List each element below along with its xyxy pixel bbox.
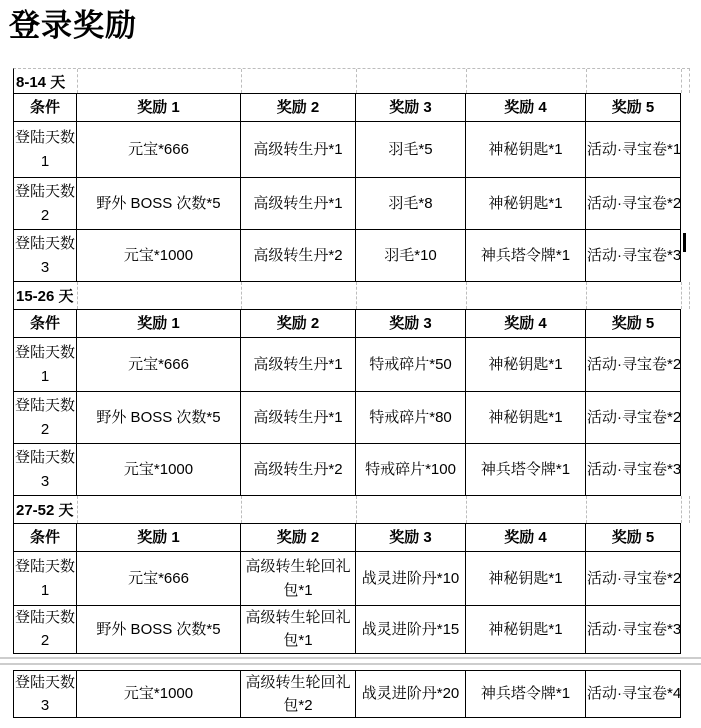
rewards-table: 条件 奖励 1 奖励 2 奖励 3 奖励 4 奖励 5 登陆天数 1 元宝*66… bbox=[13, 523, 681, 654]
column-header: 奖励 2 bbox=[241, 310, 356, 338]
scrollbar-thumb[interactable] bbox=[683, 233, 686, 252]
column-header: 奖励 3 bbox=[356, 310, 466, 338]
column-header: 奖励 4 bbox=[466, 94, 586, 122]
reward-cell: 神秘钥匙*1 bbox=[466, 338, 586, 392]
reward-cell: 高级转生轮回礼包*1 bbox=[241, 552, 356, 606]
rewards-table: 登陆天数 3 元宝*1000 高级转生轮回礼包*2 战灵进阶丹*20 神兵塔令牌… bbox=[13, 670, 681, 719]
gridline-vertical bbox=[466, 496, 467, 523]
condition-cell: 登陆天数 1 bbox=[14, 552, 77, 606]
gridline-vertical bbox=[466, 69, 467, 93]
page-break-line bbox=[0, 657, 701, 659]
condition-cell: 登陆天数 2 bbox=[14, 178, 77, 230]
reward-cell: 高级转生轮回礼包*2 bbox=[241, 670, 356, 718]
reward-cell: 活动·寻宝卷*4 bbox=[586, 670, 681, 718]
column-header: 条件 bbox=[14, 94, 77, 122]
document-body: 8-14 天 条件 奖励 1 奖励 2 奖励 3 奖励 4 奖励 5 登陆天数 … bbox=[13, 68, 690, 718]
gridline-vertical bbox=[241, 282, 242, 309]
gridline-vertical bbox=[586, 69, 587, 93]
gridline-vertical bbox=[466, 282, 467, 309]
gridline-vertical bbox=[586, 282, 587, 309]
reward-cell: 野外 BOSS 次数*5 bbox=[77, 178, 241, 230]
reward-cell: 高级转生丹*1 bbox=[241, 338, 356, 392]
column-header: 奖励 3 bbox=[356, 94, 466, 122]
page-break-separator bbox=[0, 657, 701, 670]
table-row: 登陆天数 1 元宝*666 高级转生丹*1 羽毛*5 神秘钥匙*1 活动·寻宝卷… bbox=[14, 122, 681, 178]
table-row: 登陆天数 2 野外 BOSS 次数*5 高级转生丹*1 羽毛*8 神秘钥匙*1 … bbox=[14, 178, 681, 230]
gridline-vertical bbox=[241, 496, 242, 523]
table-row: 登陆天数 2 野外 BOSS 次数*5 高级转生丹*1 特戒碎片*80 神秘钥匙… bbox=[14, 392, 681, 444]
reward-cell: 战灵进阶丹*20 bbox=[356, 670, 466, 718]
section-band: 27-52 天 bbox=[13, 496, 690, 523]
gridline-vertical bbox=[77, 496, 78, 523]
column-header: 奖励 5 bbox=[586, 310, 681, 338]
reward-cell: 神秘钥匙*1 bbox=[466, 392, 586, 444]
condition-cell: 登陆天数 3 bbox=[14, 444, 77, 496]
condition-cell: 登陆天数 1 bbox=[14, 122, 77, 178]
table-header-row: 条件 奖励 1 奖励 2 奖励 3 奖励 4 奖励 5 bbox=[14, 94, 681, 122]
column-header: 奖励 2 bbox=[241, 524, 356, 552]
gridline-vertical bbox=[356, 496, 357, 523]
column-header: 奖励 1 bbox=[77, 310, 241, 338]
reward-cell: 羽毛*5 bbox=[356, 122, 466, 178]
reward-cell: 羽毛*8 bbox=[356, 178, 466, 230]
reward-cell: 神秘钥匙*1 bbox=[466, 606, 586, 654]
column-header: 奖励 5 bbox=[586, 524, 681, 552]
condition-cell: 登陆天数 3 bbox=[14, 670, 77, 718]
reward-cell: 神秘钥匙*1 bbox=[466, 122, 586, 178]
reward-cell: 活动·寻宝卷*2 bbox=[586, 552, 681, 606]
reward-cell: 元宝*666 bbox=[77, 338, 241, 392]
gridline-vertical bbox=[241, 69, 242, 93]
page-title: 登录奖励 bbox=[9, 0, 137, 45]
gridline-vertical bbox=[77, 282, 78, 309]
reward-cell: 元宝*666 bbox=[77, 552, 241, 606]
reward-cell: 活动·寻宝卷*2 bbox=[586, 178, 681, 230]
condition-cell: 登陆天数 3 bbox=[14, 230, 77, 282]
table-row: 登陆天数 1 元宝*666 高级转生轮回礼包*1 战灵进阶丹*10 神秘钥匙*1… bbox=[14, 552, 681, 606]
reward-cell: 元宝*1000 bbox=[77, 670, 241, 718]
reward-cell: 活动·寻宝卷*1 bbox=[586, 122, 681, 178]
page-break-line bbox=[0, 663, 701, 665]
reward-cell: 活动·寻宝卷*3 bbox=[586, 230, 681, 282]
gridline-vertical bbox=[681, 69, 682, 93]
table-row: 登陆天数 3 元宝*1000 高级转生丹*2 特戒碎片*100 神兵塔令牌*1 … bbox=[14, 444, 681, 496]
table-row: 登陆天数 2 野外 BOSS 次数*5 高级转生轮回礼包*1 战灵进阶丹*15 … bbox=[14, 606, 681, 654]
column-header: 条件 bbox=[14, 524, 77, 552]
reward-cell: 活动·寻宝卷*2 bbox=[586, 392, 681, 444]
column-header: 奖励 3 bbox=[356, 524, 466, 552]
reward-cell: 特戒碎片*100 bbox=[356, 444, 466, 496]
reward-cell: 神兵塔令牌*1 bbox=[466, 444, 586, 496]
condition-cell: 登陆天数 2 bbox=[14, 606, 77, 654]
gridline-vertical bbox=[77, 69, 78, 93]
gridline-vertical bbox=[356, 69, 357, 93]
column-header: 奖励 4 bbox=[466, 524, 586, 552]
reward-cell: 神秘钥匙*1 bbox=[466, 552, 586, 606]
reward-cell: 高级转生丹*1 bbox=[241, 178, 356, 230]
reward-cell: 活动·寻宝卷*3 bbox=[586, 444, 681, 496]
table-header-row: 条件 奖励 1 奖励 2 奖励 3 奖励 4 奖励 5 bbox=[14, 310, 681, 338]
reward-cell: 高级转生丹*1 bbox=[241, 392, 356, 444]
reward-cell: 元宝*1000 bbox=[77, 230, 241, 282]
condition-cell: 登陆天数 1 bbox=[14, 338, 77, 392]
table-row: 登陆天数 1 元宝*666 高级转生丹*1 特戒碎片*50 神秘钥匙*1 活动·… bbox=[14, 338, 681, 392]
reward-cell: 活动·寻宝卷*3 bbox=[586, 606, 681, 654]
reward-cell: 特戒碎片*80 bbox=[356, 392, 466, 444]
reward-cell: 战灵进阶丹*15 bbox=[356, 606, 466, 654]
column-header: 条件 bbox=[14, 310, 77, 338]
gridline-vertical bbox=[681, 496, 682, 523]
reward-cell: 野外 BOSS 次数*5 bbox=[77, 392, 241, 444]
reward-cell: 活动·寻宝卷*2 bbox=[586, 338, 681, 392]
reward-cell: 高级转生轮回礼包*1 bbox=[241, 606, 356, 654]
column-header: 奖励 4 bbox=[466, 310, 586, 338]
column-header: 奖励 1 bbox=[77, 94, 241, 122]
reward-cell: 高级转生丹*2 bbox=[241, 444, 356, 496]
reward-cell: 特戒碎片*50 bbox=[356, 338, 466, 392]
table-row: 登陆天数 3 元宝*1000 高级转生丹*2 羽毛*10 神兵塔令牌*1 活动·… bbox=[14, 230, 681, 282]
reward-cell: 高级转生丹*2 bbox=[241, 230, 356, 282]
reward-cell: 野外 BOSS 次数*5 bbox=[77, 606, 241, 654]
column-header: 奖励 1 bbox=[77, 524, 241, 552]
reward-cell: 神秘钥匙*1 bbox=[466, 178, 586, 230]
gridline-vertical bbox=[356, 282, 357, 309]
reward-cell: 羽毛*10 bbox=[356, 230, 466, 282]
condition-cell: 登陆天数 2 bbox=[14, 392, 77, 444]
gridline-vertical bbox=[586, 496, 587, 523]
gridline-vertical bbox=[681, 282, 682, 309]
column-header: 奖励 2 bbox=[241, 94, 356, 122]
column-header: 奖励 5 bbox=[586, 94, 681, 122]
table-row: 登陆天数 3 元宝*1000 高级转生轮回礼包*2 战灵进阶丹*20 神兵塔令牌… bbox=[14, 670, 681, 718]
table-header-row: 条件 奖励 1 奖励 2 奖励 3 奖励 4 奖励 5 bbox=[14, 524, 681, 552]
section-label: 15-26 天 bbox=[16, 282, 74, 309]
section-band: 8-14 天 bbox=[13, 68, 690, 93]
rewards-table: 条件 奖励 1 奖励 2 奖励 3 奖励 4 奖励 5 登陆天数 1 元宝*66… bbox=[13, 93, 681, 282]
reward-cell: 神兵塔令牌*1 bbox=[466, 670, 586, 718]
reward-cell: 元宝*666 bbox=[77, 122, 241, 178]
section-label: 8-14 天 bbox=[16, 69, 65, 93]
rewards-table: 条件 奖励 1 奖励 2 奖励 3 奖励 4 奖励 5 登陆天数 1 元宝*66… bbox=[13, 309, 681, 496]
reward-cell: 神兵塔令牌*1 bbox=[466, 230, 586, 282]
reward-cell: 元宝*1000 bbox=[77, 444, 241, 496]
section-band: 15-26 天 bbox=[13, 282, 690, 309]
reward-cell: 高级转生丹*1 bbox=[241, 122, 356, 178]
section-label: 27-52 天 bbox=[16, 496, 74, 523]
reward-cell: 战灵进阶丹*10 bbox=[356, 552, 466, 606]
